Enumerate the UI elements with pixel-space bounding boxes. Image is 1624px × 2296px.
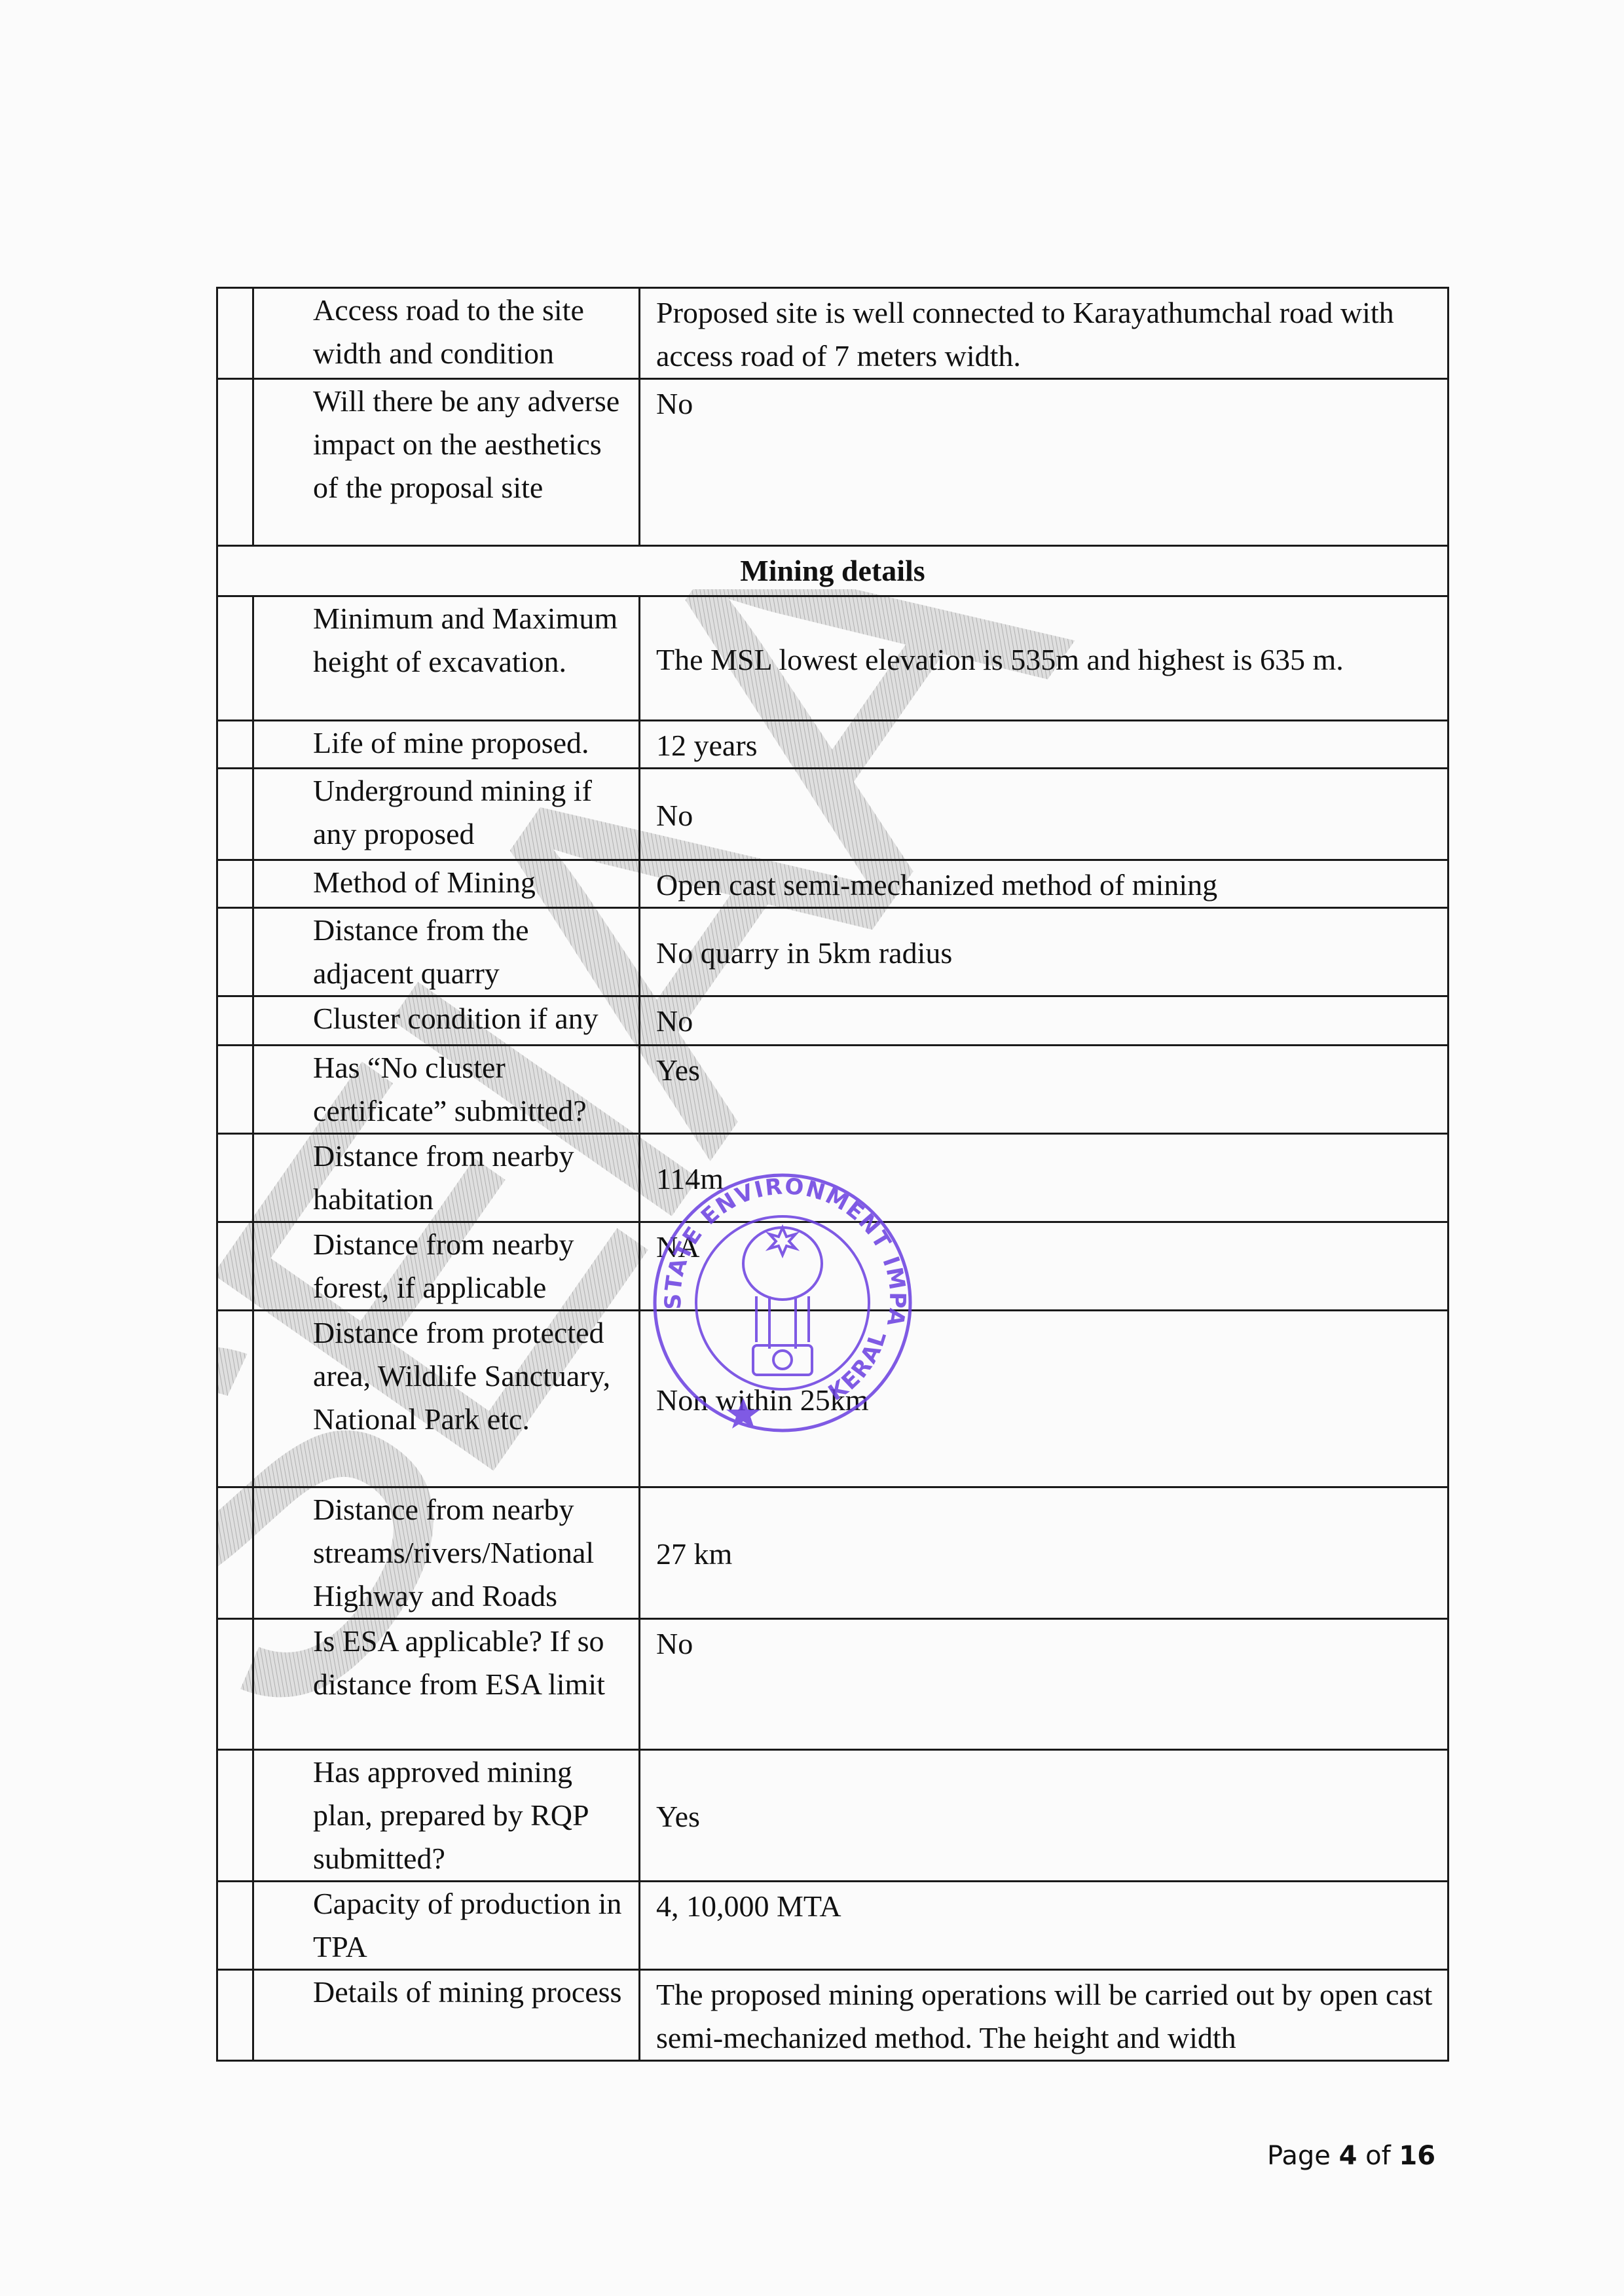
index-cell [217, 769, 253, 860]
table-row: Minimum and Maximum height of excavation… [217, 596, 1449, 721]
row-label: Access road to the site width and condit… [253, 288, 640, 379]
row-value: Yes [640, 1750, 1449, 1882]
table-row: Will there be any adverse impact on the … [217, 379, 1449, 546]
section-heading: Mining details [217, 546, 1449, 596]
row-value: 4, 10,000 MTA [640, 1882, 1449, 1970]
index-cell [217, 1311, 253, 1487]
row-value: The proposed mining operations will be c… [640, 1970, 1449, 2061]
page-number: Page 4 of 16 [1267, 2141, 1435, 2171]
row-value: The MSL lowest elevation is 535m and hig… [640, 596, 1449, 721]
row-label: Details of mining process [253, 1970, 640, 2061]
row-value: No [640, 1619, 1449, 1750]
row-label: Is ESA applicable? If so distance from E… [253, 1619, 640, 1750]
index-cell [217, 1750, 253, 1882]
section-heading-row: Mining details [217, 546, 1449, 596]
index-cell [217, 860, 253, 908]
row-label: Will there be any adverse impact on the … [253, 379, 640, 546]
official-seal-stamp: STATE ENVIRONMENT IMPACT ASSESSMENT AUTH… [645, 1165, 920, 1440]
table-row: Method of MiningOpen cast semi-mechanize… [217, 860, 1449, 908]
index-cell [217, 1882, 253, 1970]
row-label: Has approved mining plan, prepared by RQ… [253, 1750, 640, 1882]
row-value: No [640, 769, 1449, 860]
index-cell [217, 1134, 253, 1222]
row-value: No [640, 996, 1449, 1046]
table-row: Has approved mining plan, prepared by RQ… [217, 1750, 1449, 1882]
row-label: Distance from nearby streams/rivers/Nati… [253, 1487, 640, 1619]
row-value: Proposed site is well connected to Karay… [640, 288, 1449, 379]
row-label: Capacity of production in TPA [253, 1882, 640, 1970]
index-cell [217, 379, 253, 546]
index-cell [217, 1046, 253, 1134]
row-value: No [640, 379, 1449, 546]
row-value: 12 years [640, 721, 1449, 769]
row-value: Yes [640, 1046, 1449, 1134]
table-row: Capacity of production in TPA4, 10,000 M… [217, 1882, 1449, 1970]
row-label: Cluster condition if any [253, 996, 640, 1046]
table-row: Details of mining processThe proposed mi… [217, 1970, 1449, 2061]
row-label: Distance from nearby forest, if applicab… [253, 1222, 640, 1311]
index-cell [217, 908, 253, 996]
table-row: Is ESA applicable? If so distance from E… [217, 1619, 1449, 1750]
index-cell [217, 721, 253, 769]
table-row: Distance from the adjacent quarryNo quar… [217, 908, 1449, 996]
index-cell [217, 996, 253, 1046]
row-label: Method of Mining [253, 860, 640, 908]
national-emblem-icon [743, 1228, 822, 1375]
row-value: Open cast semi-mechanized method of mini… [640, 860, 1449, 908]
row-label: Underground mining if any proposed [253, 769, 640, 860]
row-label: Distance from nearby habitation [253, 1134, 640, 1222]
row-value: No quarry in 5km radius [640, 908, 1449, 996]
current-page: 4 [1339, 2141, 1357, 2171]
row-label: Minimum and Maximum height of excavation… [253, 596, 640, 721]
total-pages: 16 [1399, 2141, 1435, 2171]
row-value: 27 km [640, 1487, 1449, 1619]
row-label: Life of mine proposed. [253, 721, 640, 769]
index-cell [217, 1970, 253, 2061]
table-row: Distance from nearby streams/rivers/Nati… [217, 1487, 1449, 1619]
row-label: Distance from protected area, Wildlife S… [253, 1311, 640, 1487]
index-cell [217, 1619, 253, 1750]
table-row: Has “No cluster certificate” submitted?Y… [217, 1046, 1449, 1134]
index-cell [217, 1222, 253, 1311]
index-cell [217, 288, 253, 379]
row-label: Has “No cluster certificate” submitted? [253, 1046, 640, 1134]
scanned-page: SEIAA Access road to the site width and … [0, 0, 1624, 2296]
table-row: Cluster condition if anyNo [217, 996, 1449, 1046]
index-cell [217, 596, 253, 721]
index-cell [217, 1487, 253, 1619]
table-row: Underground mining if any proposedNo [217, 769, 1449, 860]
row-label: Distance from the adjacent quarry [253, 908, 640, 996]
table-row: Life of mine proposed.12 years [217, 721, 1449, 769]
table-row: Access road to the site width and condit… [217, 288, 1449, 379]
